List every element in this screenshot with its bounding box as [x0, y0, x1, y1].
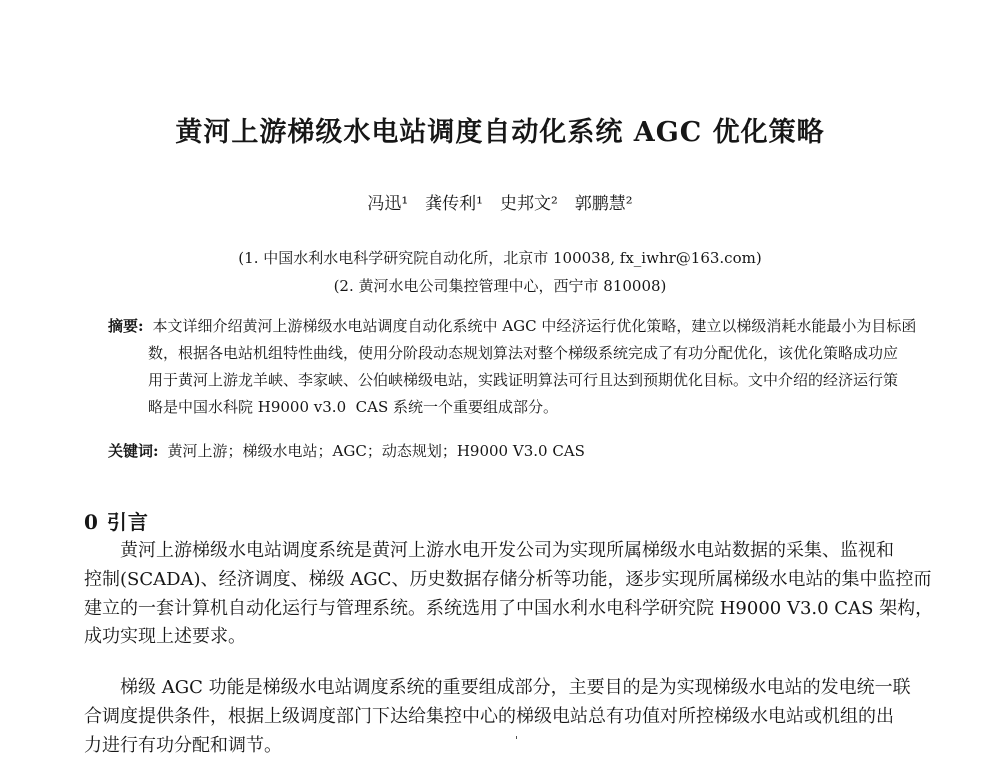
keywords-block: 关键词:黄河上游；梯级水电站；AGC；动态规划；H9000 V3.0 CAS: [108, 440, 585, 461]
abstract-text: 本文详细介绍黄河上游梯级水电站调度自动化系统中 AGC 中经济运行优化策略，建立…: [148, 317, 916, 416]
keywords-label: 关键词:: [108, 442, 159, 460]
authors-line: 冯迅¹ 龚传利¹ 史邦文² 郭鹏慧²: [0, 189, 1000, 214]
affiliation-2: (2. 黄河水电公司集控管理中心，西宁市 810008): [0, 275, 1000, 296]
abstract-block: 摘要:本文详细介绍黄河上游梯级水电站调度自动化系统中 AGC 中经济运行优化策略…: [108, 313, 988, 421]
intro-paragraph-2: 梯级 AGC 功能是梯级水电站调度系统的重要组成部分，主要目的是为实现梯级水电站…: [84, 674, 911, 760]
affiliation-1: (1. 中国水利水电科学研究院自动化所，北京市 100038, fx_iwhr@…: [0, 247, 1000, 268]
keywords-text: 黄河上游；梯级水电站；AGC；动态规划；H9000 V3.0 CAS: [168, 442, 585, 460]
intro-paragraph-1: 黄河上游梯级水电站调度系统是黄河上游水电开发公司为实现所属梯级水电站数据的采集、…: [84, 537, 933, 652]
scan-artifact-mark: ': [515, 734, 518, 747]
abstract-label: 摘要:: [108, 317, 144, 335]
section-0-heading: 0 引言: [84, 506, 149, 535]
paper-page: 黄河上游梯级水电站调度自动化系统 AGC 优化策略 冯迅¹ 龚传利¹ 史邦文² …: [0, 0, 1000, 760]
paper-title: 黄河上游梯级水电站调度自动化系统 AGC 优化策略: [0, 110, 1000, 149]
